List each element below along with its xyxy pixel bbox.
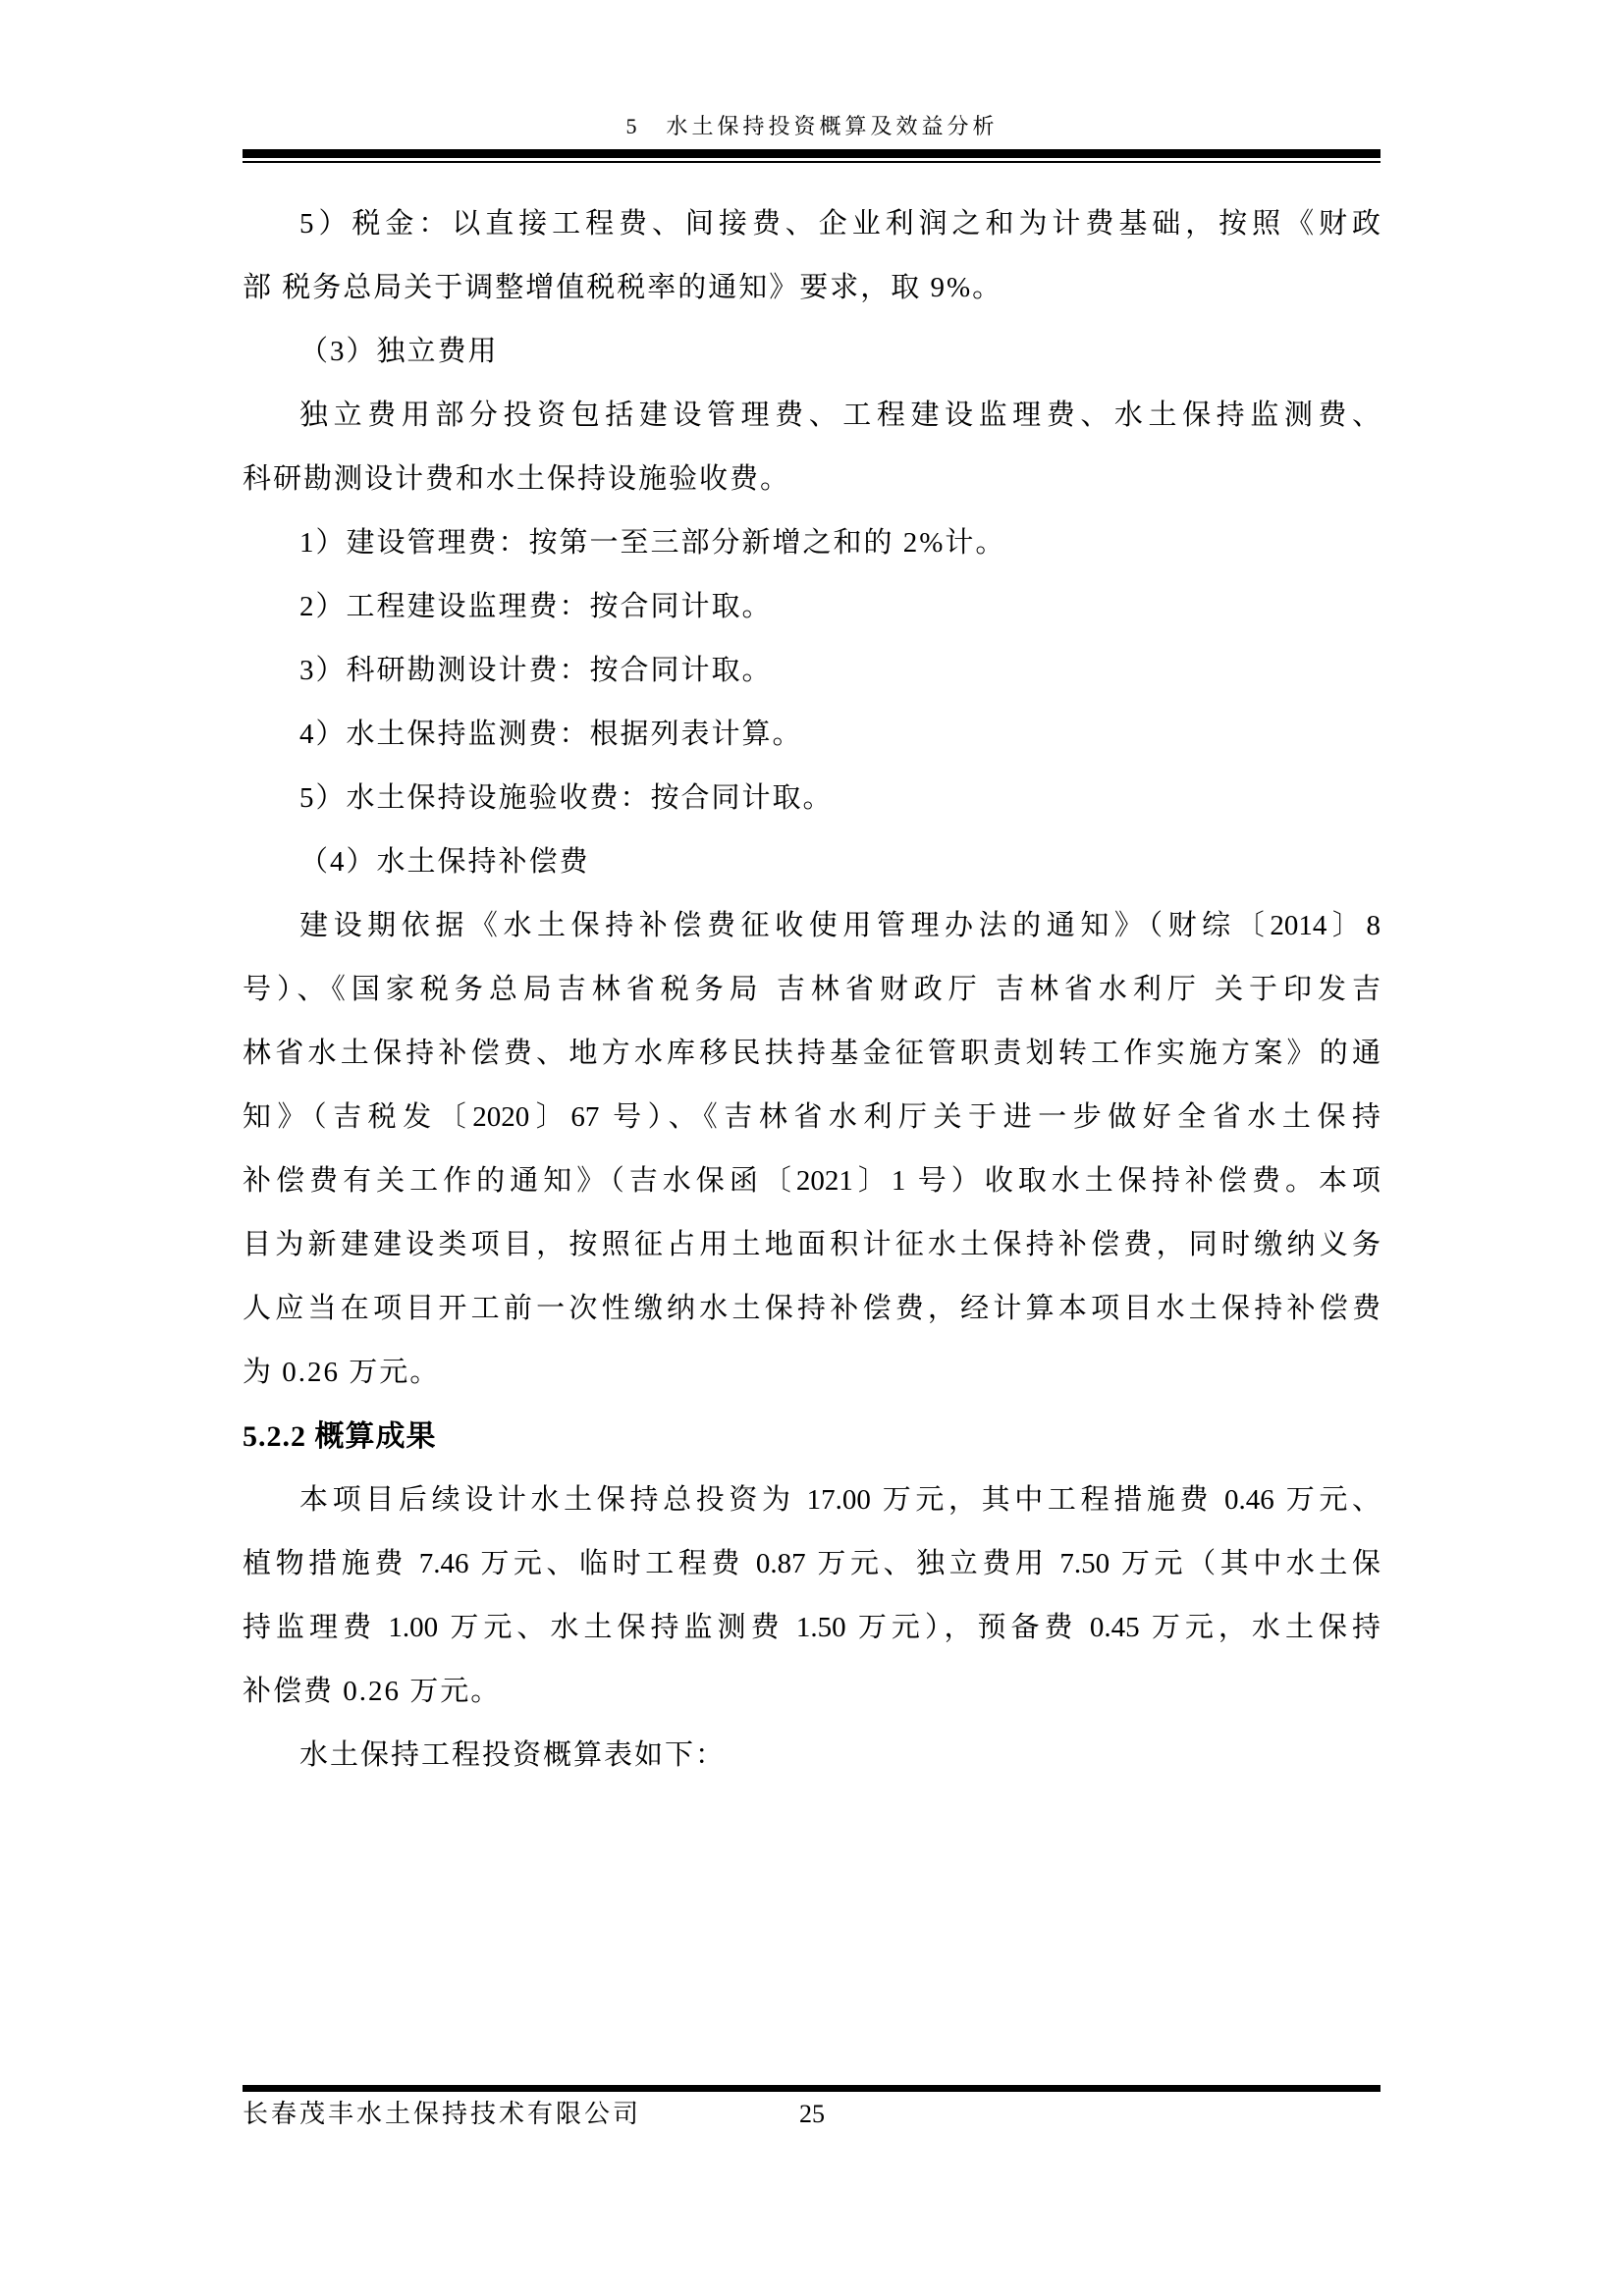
header-rule-thin bbox=[243, 161, 1380, 163]
text-line: 4）水土保持监测费：根据列表计算。 bbox=[243, 703, 1380, 767]
text-line: 植物措施费 7.46 万元、临时工程费 0.87 万元、独立费用 7.50 万元… bbox=[243, 1532, 1380, 1596]
chapter-title: 5 水土保持投资概算及效益分析 bbox=[0, 110, 1624, 140]
text-line: 本项目后续设计水土保持总投资为 17.00 万元，其中工程措施费 0.46 万元… bbox=[243, 1468, 1380, 1532]
text-line: 3）科研勘测设计费：按合同计取。 bbox=[243, 639, 1380, 703]
text-line: 水土保持工程投资概算表如下： bbox=[243, 1724, 1380, 1788]
text-line: 目为新建建设类项目，按照征占用土地面积计征水土保持补偿费，同时缴纳义务 bbox=[243, 1213, 1380, 1277]
text-line: 知》（吉税发〔2020〕67 号）、《吉林省水利厅关于进一步做好全省水土保持 bbox=[243, 1086, 1380, 1149]
header-rule-thick bbox=[243, 149, 1380, 158]
text-line: 号）、《国家税务总局吉林省税务局 吉林省财政厅 吉林省水利厅 关于印发吉 bbox=[243, 958, 1380, 1022]
text-line: 科研勘测设计费和水土保持设施验收费。 bbox=[243, 448, 1380, 511]
document-page: 5 水土保持投资概算及效益分析 5）税金：以直接工程费、间接费、企业利润之和为计… bbox=[0, 0, 1624, 2296]
text-line: 持监理费 1.00 万元、水土保持监测费 1.50 万元），预备费 0.45 万… bbox=[243, 1596, 1380, 1660]
footer-page-number: 25 bbox=[0, 2095, 1624, 2134]
text-line: 独立费用部分投资包括建设管理费、工程建设监理费、水土保持监测费、 bbox=[243, 384, 1380, 448]
text-line: 部 税务总局关于调整增值税税率的通知》要求，取 9%。 bbox=[243, 256, 1380, 320]
text-line: 建设期依据《水土保持补偿费征收使用管理办法的通知》（财综〔2014〕8 bbox=[243, 894, 1380, 958]
text-line: 5）水土保持设施验收费：按合同计取。 bbox=[243, 767, 1380, 830]
text-line: 5）税金：以直接工程费、间接费、企业利润之和为计费基础，按照《财政 bbox=[243, 192, 1380, 256]
text-line: 补偿费 0.26 万元。 bbox=[243, 1660, 1380, 1724]
text-line: 林省水土保持补偿费、地方水库移民扶持基金征管职责划转工作实施方案》的通 bbox=[243, 1022, 1380, 1086]
text-line: 人应当在项目开工前一次性缴纳水土保持补偿费，经计算本项目水土保持补偿费 bbox=[243, 1277, 1380, 1341]
text-line: （4）水土保持补偿费 bbox=[243, 830, 1380, 894]
text-line: 为 0.26 万元。 bbox=[243, 1341, 1380, 1405]
text-line: 补偿费有关工作的通知》（吉水保函〔2021〕1 号）收取水土保持补偿费。本项 bbox=[243, 1149, 1380, 1213]
footer-rule bbox=[243, 2085, 1380, 2092]
document-body: 5）税金：以直接工程费、间接费、企业利润之和为计费基础，按照《财政部 税务总局关… bbox=[243, 192, 1380, 1788]
text-line: 2）工程建设监理费：按合同计取。 bbox=[243, 575, 1380, 639]
text-line: 1）建设管理费：按第一至三部分新增之和的 2%计。 bbox=[243, 511, 1380, 575]
text-line: （3）独立费用 bbox=[243, 320, 1380, 384]
section-heading: 5.2.2 概算成果 bbox=[243, 1405, 1380, 1468]
